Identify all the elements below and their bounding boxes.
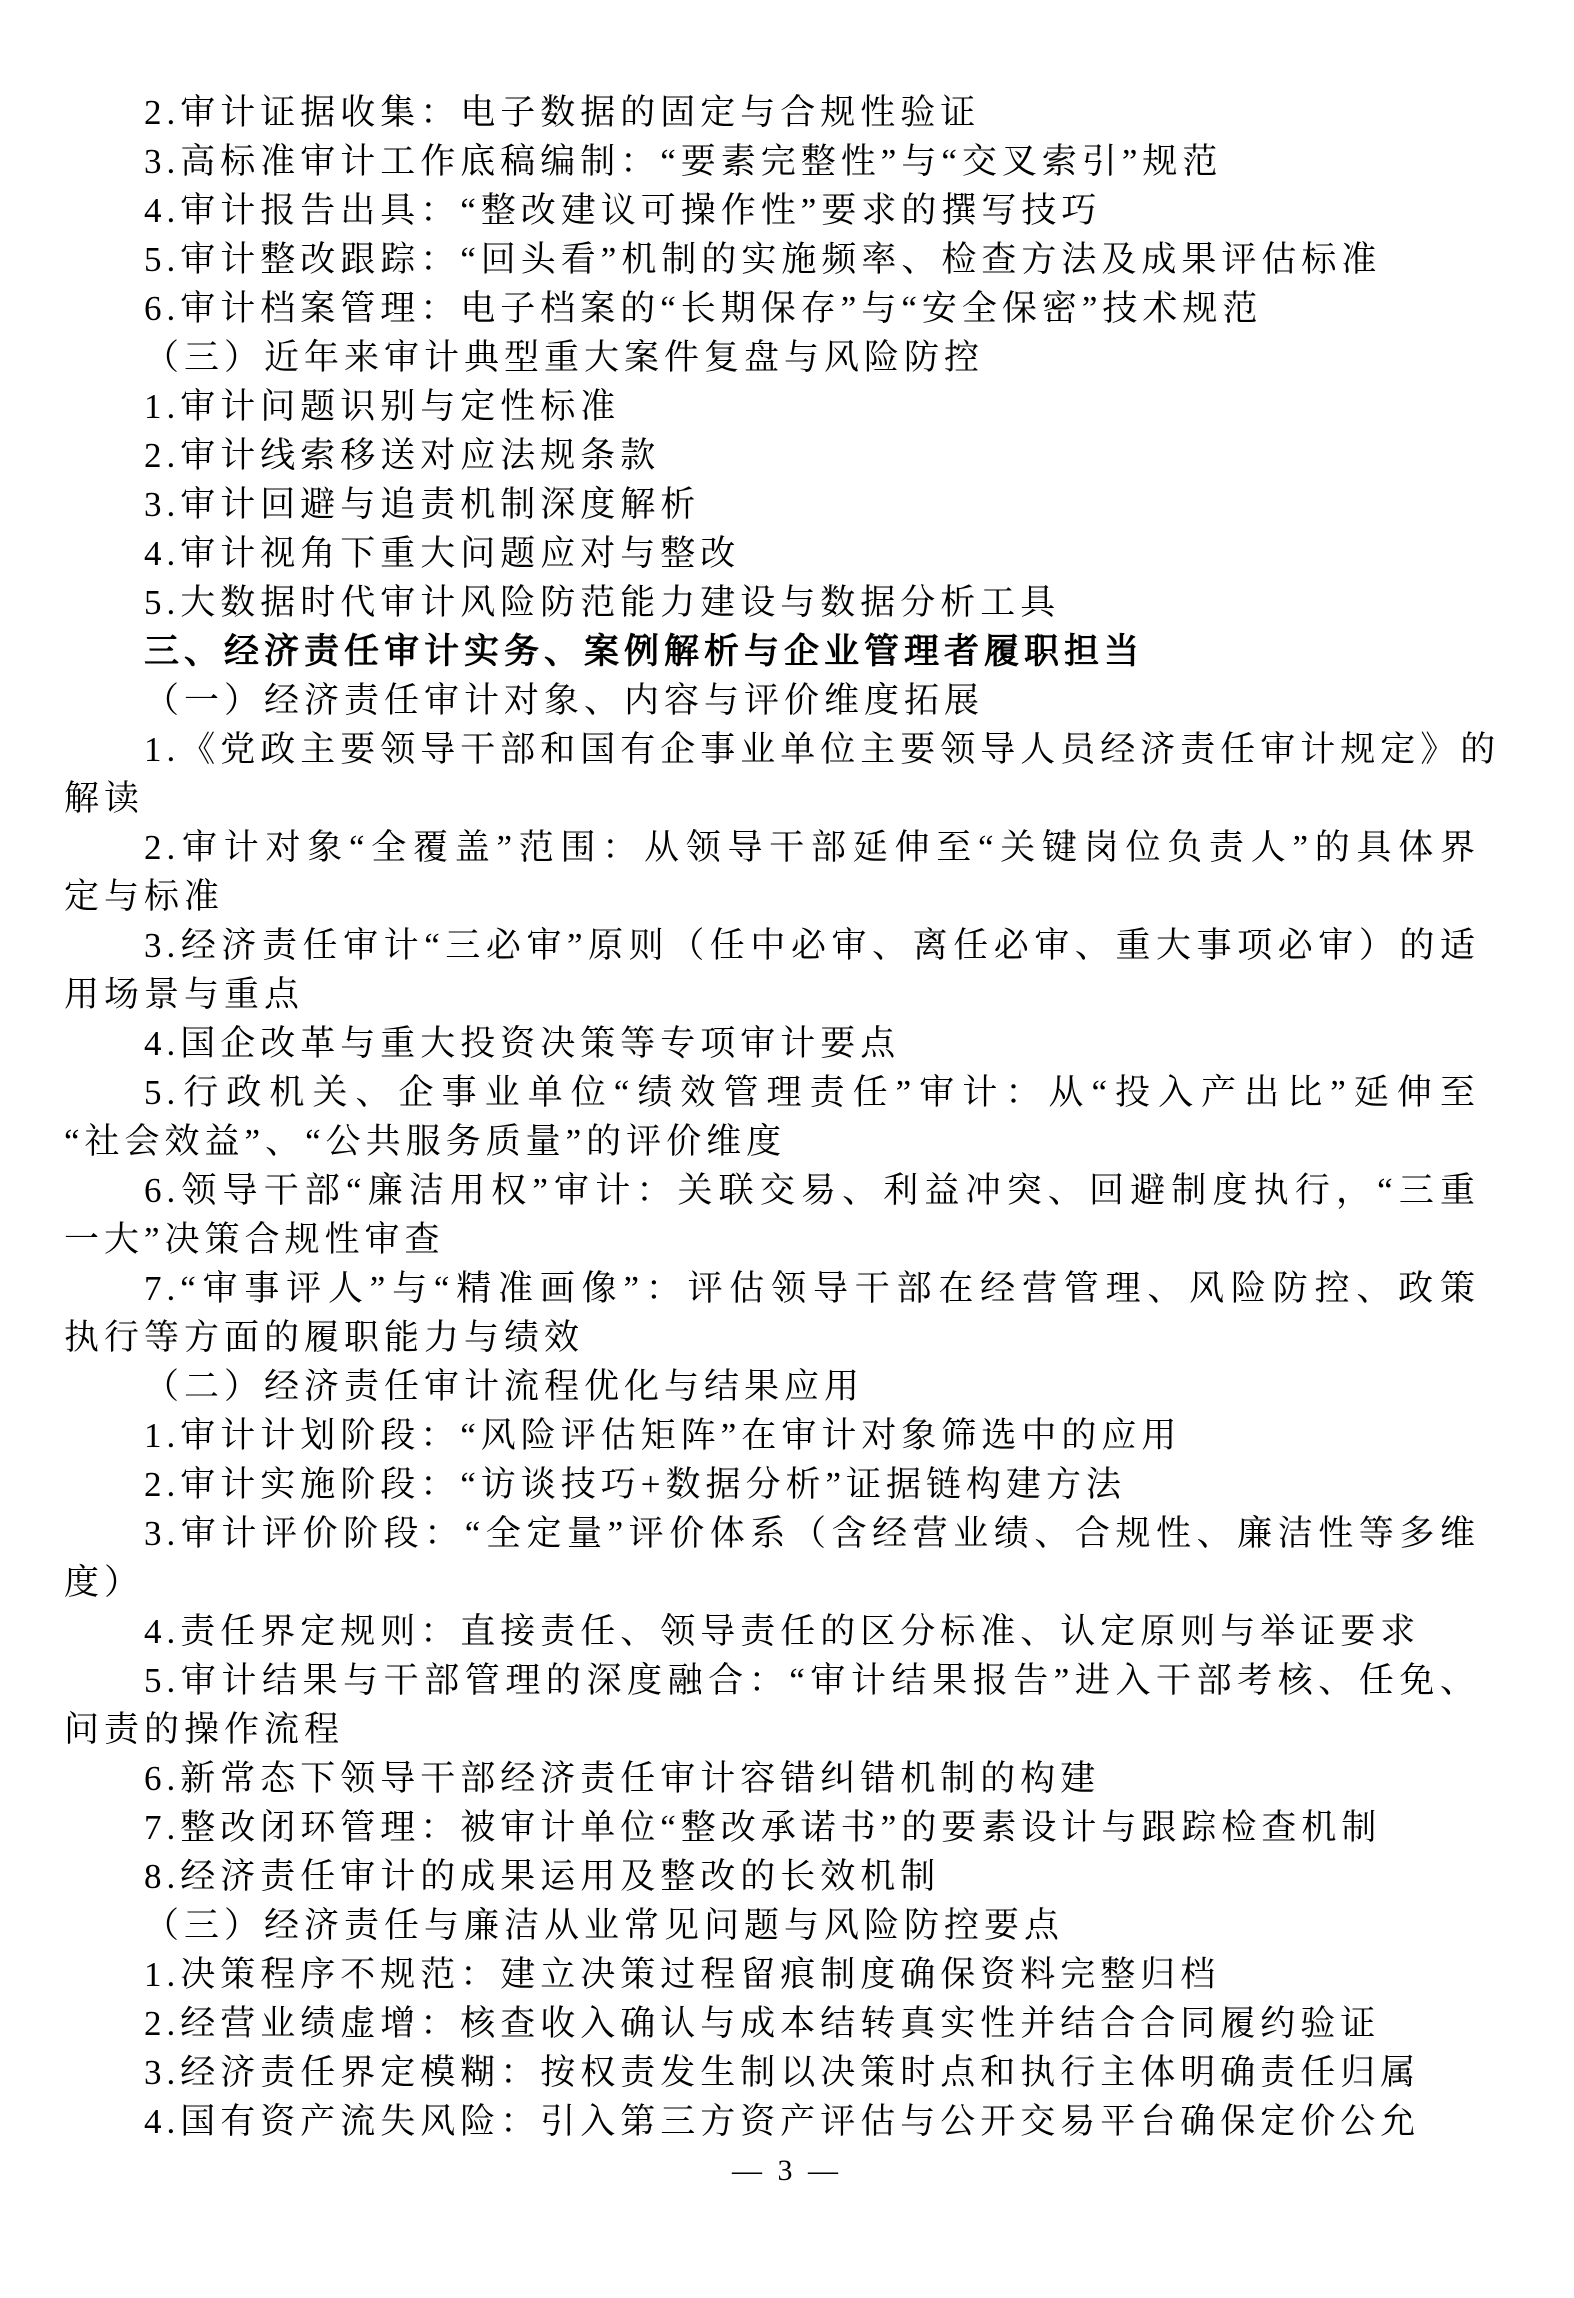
document-line: 1.《党政主要领导干部和国有企事业单位主要领导人员经济责任审计规定》的	[64, 725, 1480, 774]
document-line: 4.国企改革与重大投资决策等专项审计要点	[64, 1019, 1480, 1068]
document-line: 1.审计计划阶段：“风险评估矩阵”在审计对象筛选中的应用	[64, 1411, 1480, 1460]
document-line: 4.审计视角下重大问题应对与整改	[64, 529, 1480, 578]
document-line: 5.审计整改跟踪：“回头看”机制的实施频率、检查方法及成果评估标准	[64, 235, 1480, 284]
document-line: 3.经济责任审计“三必审”原则（任中必审、离任必审、重大事项必审）的适	[64, 921, 1480, 970]
document-line: 4.审计报告出具：“整改建议可操作性”要求的撰写技巧	[64, 186, 1480, 235]
document-line: 问责的操作流程	[64, 1705, 1480, 1754]
document-line: 6.领导干部“廉洁用权”审计：关联交易、利益冲突、回避制度执行，“三重	[64, 1166, 1480, 1215]
document-body: 2.审计证据收集：电子数据的固定与合规性验证3.高标准审计工作底稿编制：“要素完…	[64, 88, 1480, 2146]
document-line: 2.审计实施阶段：“访谈技巧+数据分析”证据链构建方法	[64, 1460, 1480, 1509]
document-line: 用场景与重点	[64, 970, 1480, 1019]
document-line: （三）近年来审计典型重大案件复盘与风险防控	[64, 333, 1480, 382]
document-line: 5.审计结果与干部管理的深度融合：“审计结果报告”进入干部考核、任免、	[64, 1656, 1480, 1705]
document-line: 5.大数据时代审计风险防范能力建设与数据分析工具	[64, 578, 1480, 627]
document-line: 3.高标准审计工作底稿编制：“要素完整性”与“交叉索引”规范	[64, 137, 1480, 186]
document-line: 5.行政机关、企事业单位“绩效管理责任”审计：从“投入产出比”延伸至	[64, 1068, 1480, 1117]
document-line: 解读	[64, 774, 1480, 823]
document-line: 度）	[64, 1558, 1480, 1607]
document-line: 定与标准	[64, 872, 1480, 921]
section-heading: 三、经济责任审计实务、案例解析与企业管理者履职担当	[64, 627, 1480, 676]
document-line: “社会效益”、“公共服务质量”的评价维度	[64, 1117, 1480, 1166]
page: { "page": { "background": "#ffffff", "te…	[0, 0, 1574, 2298]
page-number: — 3 —	[0, 2150, 1574, 2192]
document-line: 8.经济责任审计的成果运用及整改的长效机制	[64, 1852, 1480, 1901]
document-line: 2.审计线索移送对应法规条款	[64, 431, 1480, 480]
document-line: 6.新常态下领导干部经济责任审计容错纠错机制的构建	[64, 1754, 1480, 1803]
document-line: （一）经济责任审计对象、内容与评价维度拓展	[64, 676, 1480, 725]
document-line: 2.经营业绩虚增：核查收入确认与成本结转真实性并结合合同履约验证	[64, 1999, 1480, 2048]
document-line: 一大”决策合规性审查	[64, 1215, 1480, 1264]
document-line: 3.审计回避与追责机制深度解析	[64, 480, 1480, 529]
document-line: 6.审计档案管理：电子档案的“长期保存”与“安全保密”技术规范	[64, 284, 1480, 333]
document-line: 1.决策程序不规范：建立决策过程留痕制度确保资料完整归档	[64, 1950, 1480, 1999]
document-line: （二）经济责任审计流程优化与结果应用	[64, 1362, 1480, 1411]
document-line: 3.经济责任界定模糊：按权责发生制以决策时点和执行主体明确责任归属	[64, 2048, 1480, 2097]
document-line: 执行等方面的履职能力与绩效	[64, 1313, 1480, 1362]
document-line: （三）经济责任与廉洁从业常见问题与风险防控要点	[64, 1901, 1480, 1950]
document-line: 3.审计评价阶段：“全定量”评价体系（含经营业绩、合规性、廉洁性等多维	[64, 1509, 1480, 1558]
document-line: 4.责任界定规则：直接责任、领导责任的区分标准、认定原则与举证要求	[64, 1607, 1480, 1656]
document-line: 2.审计证据收集：电子数据的固定与合规性验证	[64, 88, 1480, 137]
document-line: 4.国有资产流失风险：引入第三方资产评估与公开交易平台确保定价公允	[64, 2097, 1480, 2146]
document-line: 1.审计问题识别与定性标准	[64, 382, 1480, 431]
document-line: 7.“审事评人”与“精准画像”：评估领导干部在经营管理、风险防控、政策	[64, 1264, 1480, 1313]
document-line: 2.审计对象“全覆盖”范围：从领导干部延伸至“关键岗位负责人”的具体界	[64, 823, 1480, 872]
document-line: 7.整改闭环管理：被审计单位“整改承诺书”的要素设计与跟踪检查机制	[64, 1803, 1480, 1852]
